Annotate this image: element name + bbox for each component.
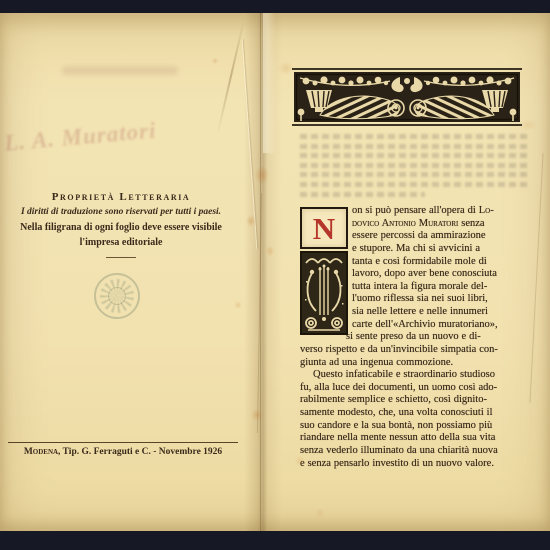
paper-crease (217, 18, 245, 133)
text-line: senza vederlo illuminato da una chiarità… (300, 445, 529, 458)
imprint-text: Tip. G. Ferraguti e C. - Novembre 1926 (60, 447, 222, 457)
text-line: verso rispetto e da un'invincibile simpa… (300, 344, 529, 357)
show-through-text-block (300, 134, 528, 201)
headpiece-ornament (292, 68, 522, 126)
text-segment: senza (458, 218, 484, 229)
drop-cap-block: N (300, 207, 348, 335)
ghost-text-line (300, 172, 528, 177)
text-line: samente modesto, che, una volta conosciu… (300, 407, 529, 420)
short-divider-rule (106, 257, 136, 258)
initial-woodcut-ornament (300, 251, 348, 335)
copyright-notice-title: Proprietà Letteraria (2, 191, 240, 203)
text-segment: on si può pensare all'opera di (352, 205, 479, 216)
text-line: rabilmente semplice e schietto, così dig… (300, 394, 529, 407)
round-library-stamp (94, 273, 140, 319)
text-line: Questo infaticabile e straordinario stud… (300, 369, 529, 382)
show-through-title: L. A. Muratori (3, 115, 185, 157)
copyright-notice-line: I diritti di traduzione sono riservati p… (2, 207, 240, 217)
ghost-text-line (300, 153, 528, 158)
book-pages-paper: L. A. Muratori Proprietà Letteraria I di… (0, 13, 550, 531)
text-line: suo candore e la sua bontà, non possiamo… (300, 420, 529, 433)
drop-cap-letter: N (313, 213, 335, 244)
page-edge-highlight (263, 13, 276, 153)
ghost-text-line (300, 163, 528, 168)
drop-cap-frame: N (300, 207, 348, 249)
text-line: giunta ad una ingenua commozione. (300, 357, 529, 370)
copyright-notice: Proprietà Letteraria I diritti di traduz… (2, 191, 240, 258)
printer-imprint: Modena, Tip. G. Ferraguti e C. - Novembr… (0, 447, 246, 457)
ghost-text-line (300, 144, 528, 149)
text-line: fu, alla luce dei documenti, un uomo cos… (300, 382, 529, 395)
text-segment-smallcaps: Lo- (479, 205, 494, 216)
text-line: riandare nella mente nessun atto della s… (300, 432, 529, 445)
paper-crease (529, 153, 543, 403)
show-through-text-smudge (62, 66, 178, 75)
ghost-text-line (300, 182, 528, 187)
book-scan-photo: { "colors": { "band": "#171826", "paper"… (0, 0, 550, 550)
text-segment-smallcaps: dovico Antonio Muratori (352, 218, 458, 229)
imprint-divider-rule (8, 442, 238, 443)
copyright-notice-line: l'impresa editoriale (2, 237, 240, 248)
copyright-notice-line: Nella filigrana di ogni foglio deve esse… (2, 222, 240, 233)
ghost-text-line (300, 192, 425, 197)
imprint-place: Modena, (24, 447, 61, 457)
ghost-text-line (300, 134, 528, 139)
text-line: e senza pensarlo investito di un nuovo v… (300, 458, 529, 471)
